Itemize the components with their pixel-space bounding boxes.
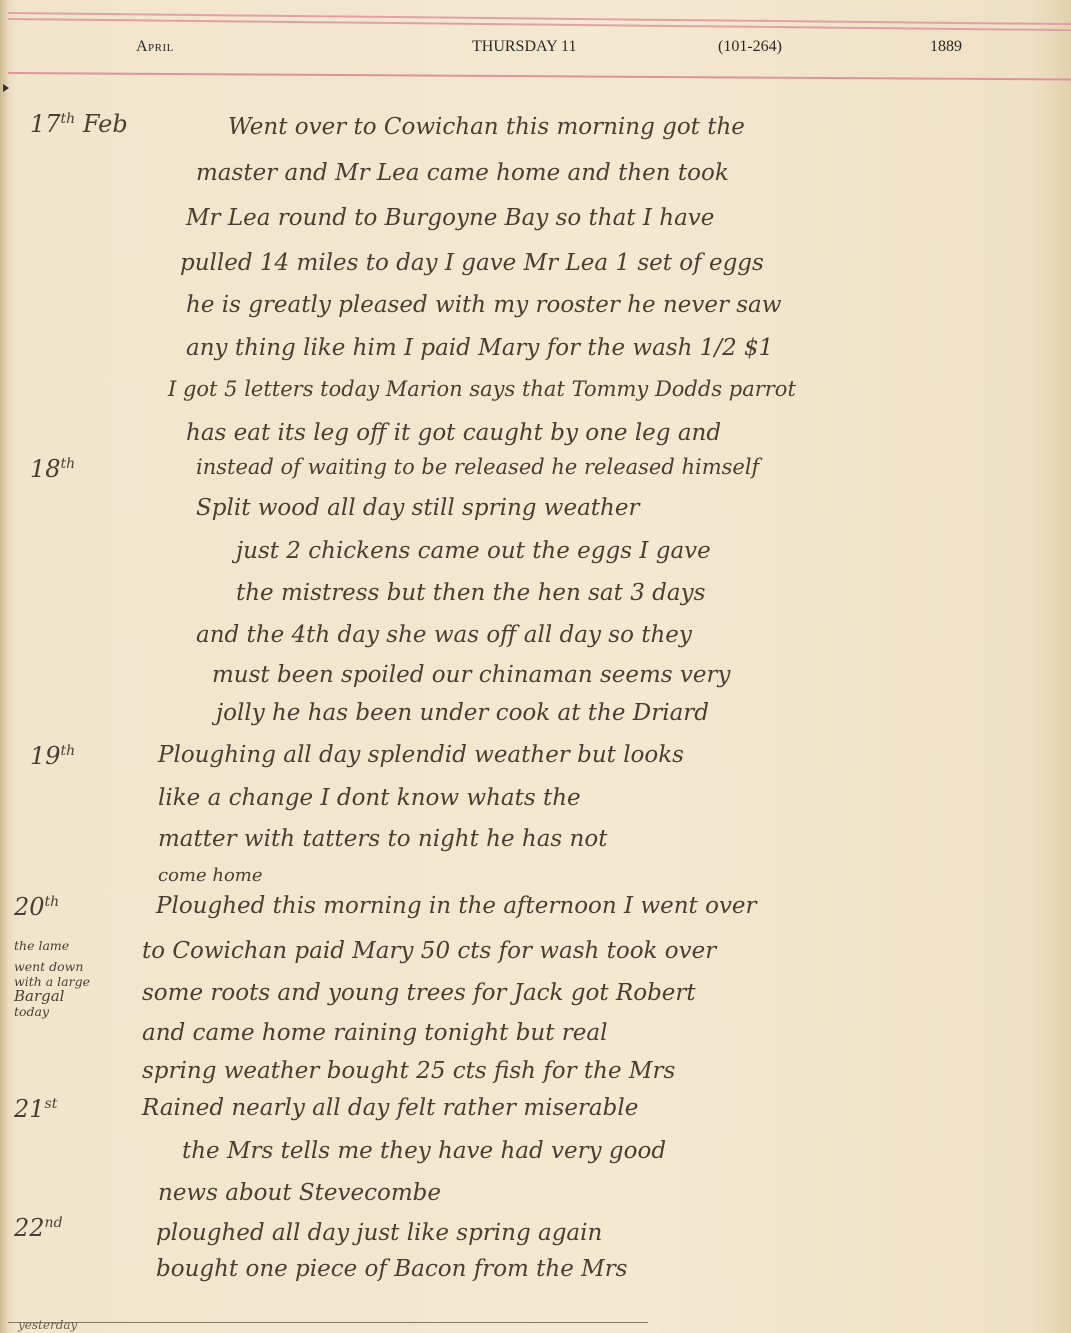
header-day: THURSDAY 11 (472, 38, 576, 56)
entry-line: bought one piece of Bacon from the Mrs (0, 1256, 1071, 1292)
line-text: Mr Lea round to Burgoyne Bay so that I h… (186, 205, 714, 231)
footer-scrawl: yesterday (18, 1318, 77, 1332)
entry-line: pulled 14 miles to day I gave Mr Lea 1 s… (0, 250, 1071, 286)
entry-line: Split wood all day still spring weather (0, 495, 1071, 531)
header-day-range: (101-264) (718, 38, 782, 56)
entry-line: has eat its leg off it got caught by one… (0, 420, 1071, 456)
line-text: jolly he has been under cook at the Dria… (216, 700, 709, 726)
entry-line: Went over to Cowichan this morning got t… (0, 114, 1071, 150)
top-rule (8, 18, 1071, 31)
entry-line: instead of waiting to be released he rel… (0, 455, 1071, 491)
line-text: to Cowichan paid Mary 50 cts for wash to… (142, 938, 716, 964)
entry-line: like a change I dont know whats the (0, 785, 1071, 821)
entry-line: must been spoiled our chinaman seems ver… (0, 662, 1071, 698)
entry-line: and the 4th day she was off all day so t… (0, 622, 1071, 658)
entry-line: to Cowichan paid Mary 50 cts for wash to… (0, 938, 1071, 974)
date-suffix: th (61, 456, 76, 472)
entry-line: some roots and young trees for Jack got … (0, 980, 1071, 1016)
line-text: Ploughed this morning in the afternoon I… (156, 893, 757, 919)
margin-note: the lame went down with a large Bargal t… (14, 938, 90, 1019)
entry-line: the mistress but then the hen sat 3 days (0, 580, 1071, 616)
entry-line: spring weather bought 25 cts fish for th… (0, 1058, 1071, 1094)
entry-line: Rained nearly all day felt rather misera… (0, 1095, 1071, 1131)
entry-line: just 2 chickens came out the eggs I gave (0, 538, 1071, 574)
binding-marker-icon (3, 84, 9, 92)
line-text: instead of waiting to be released he rel… (196, 455, 759, 479)
line-text: any thing like him I paid Mary for the w… (186, 335, 773, 361)
line-text: Ploughing all day splendid weather but l… (158, 742, 684, 768)
margin-note-line: went down (14, 959, 90, 974)
line-text: the mistress but then the hen sat 3 days (236, 580, 705, 606)
footer-rule (8, 1322, 648, 1323)
header-rule (8, 72, 1071, 80)
line-text: matter with tatters to night he has not (158, 826, 607, 852)
entry-line: ploughed all day just like spring again (0, 1220, 1071, 1256)
line-text: Went over to Cowichan this morning got t… (228, 114, 745, 140)
line-text: pulled 14 miles to day I gave Mr Lea 1 s… (180, 250, 764, 276)
line-text: some roots and young trees for Jack got … (142, 980, 696, 1006)
entry-line: he is greatly pleased with my rooster he… (0, 292, 1071, 328)
line-text: like a change I dont know whats the (158, 785, 581, 811)
margin-note-line: today (14, 1004, 90, 1019)
entry-line: I got 5 letters today Marion says that T… (0, 377, 1071, 413)
entry-line: Ploughed this morning in the afternoon I… (0, 893, 1071, 929)
diary-page: April THURSDAY 11 (101-264) 1889 17th Fe… (0, 0, 1071, 1333)
margin-note-line: Bargal (14, 989, 90, 1004)
line-text: has eat its leg off it got caught by one… (186, 420, 721, 446)
line-text: bought one piece of Bacon from the Mrs (156, 1256, 628, 1282)
line-text: just 2 chickens came out the eggs I gave (236, 538, 711, 564)
line-text: and came home raining tonight but real (142, 1020, 607, 1046)
entry-line: matter with tatters to night he has not (0, 826, 1071, 862)
line-text: spring weather bought 25 cts fish for th… (142, 1058, 675, 1084)
line-text: come home (158, 865, 263, 886)
header-month: April (136, 38, 174, 56)
header-year: 1889 (930, 38, 962, 56)
date-number: 18 (30, 455, 61, 483)
entry-date: 18th (30, 455, 75, 491)
line-text: Split wood all day still spring weather (196, 495, 639, 521)
entry-line: news about Stevecombe (0, 1180, 1071, 1216)
entry-line: any thing like him I paid Mary for the w… (0, 335, 1071, 371)
entry-line: master and Mr Lea came home and then too… (0, 160, 1071, 196)
line-text: master and Mr Lea came home and then too… (196, 160, 729, 186)
entry-line: Ploughing all day splendid weather but l… (0, 742, 1071, 778)
line-text: ploughed all day just like spring again (156, 1220, 602, 1246)
line-text: news about Stevecombe (158, 1180, 441, 1206)
margin-note-line: the lame (14, 938, 90, 953)
entry-line: the Mrs tells me they have had very good (0, 1138, 1071, 1174)
line-text: I got 5 letters today Marion says that T… (168, 377, 796, 401)
line-text: Rained nearly all day felt rather misera… (142, 1095, 638, 1121)
entry-line: jolly he has been under cook at the Dria… (0, 700, 1071, 736)
line-text: and the 4th day she was off all day so t… (196, 622, 692, 648)
line-text: must been spoiled our chinaman seems ver… (212, 662, 731, 688)
line-text: he is greatly pleased with my rooster he… (186, 292, 781, 318)
entry-line: and came home raining tonight but real (0, 1020, 1071, 1056)
entry-line: Mr Lea round to Burgoyne Bay so that I h… (0, 205, 1071, 241)
page-header: April THURSDAY 11 (101-264) 1889 (0, 38, 1071, 68)
line-text: the Mrs tells me they have had very good (182, 1138, 666, 1164)
